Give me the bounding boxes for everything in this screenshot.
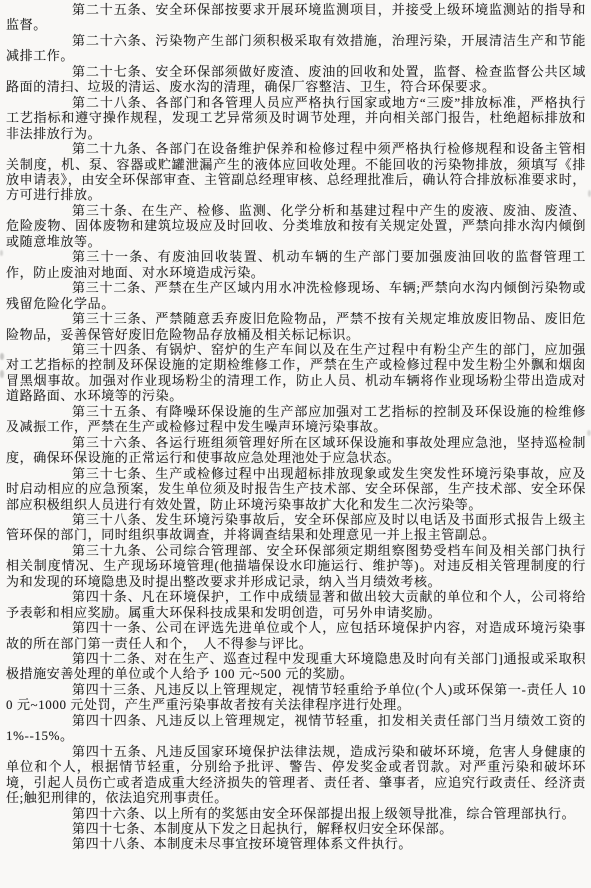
article-45: 第四十五条、凡违反国家环境保护法律法规，造成污染和破坏环境，危害人身健康的单位和…	[6, 744, 586, 806]
article-43: 第四十三条、凡违反以上管理规定，视情节轻重给予单位(个人)或环保第一-责任人 1…	[6, 682, 586, 713]
article-34: 第三十四条、有锅炉、窑炉的生产车间以及在生产过程中有粉尘产生的部门，应加强对工艺…	[6, 342, 586, 404]
article-33: 第三十三条、严禁随意丢弃废旧危险物品，严禁不按有关规定堆放废旧物品、废旧危险物品…	[6, 311, 586, 342]
scan-artifact	[0, 353, 4, 360]
article-26: 第二十六条、污染物产生部门须积极采取有效措施，治理污染，开展清洁生产和节能减排工…	[6, 33, 586, 64]
article-38: 第三十八条、发生环境污染事故后，安全环保部应及时以电话及书面形式报告上级主管环保…	[6, 512, 586, 543]
article-29: 第二十九条、各部门在设备维护保养和检修过程中须严格执行检修规程和设备主管相关制度…	[6, 141, 586, 203]
document-page: 第二十五条、安全环保部按要求开展环境监测项目，并接受上级环境监测站的指导和监督。…	[0, 0, 591, 888]
scan-artifact	[0, 370, 4, 378]
article-42: 第四十二条、对在生产、巡查过程中发现重大环境隐患及时向有关部门]通报或采取积极措…	[6, 651, 586, 682]
article-35: 第三十五条、有降噪环保设施的生产部应加强对工艺指标的控制及环保设施的检维修及减振…	[6, 404, 586, 435]
article-25: 第二十五条、安全环保部按要求开展环境监测项目，并接受上级环境监测站的指导和监督。	[6, 2, 586, 33]
article-46: 第四十六条、以上所有的奖惩由安全环保部提出报上级领导批准，综合管理部执行。	[6, 806, 586, 821]
article-48: 第四十八条、本制度未尽事宜按环境管理体系文件执行。	[6, 836, 586, 851]
article-30: 第三十条、在生产、检修、监测、化学分析和基建过程中产生的废液、废油、废渣、危险废…	[6, 203, 586, 249]
article-36: 第三十六条、各运行班组须管理好所在区域环保设施和事故处理应急池，坚持巡检制度，确…	[6, 435, 586, 466]
article-32: 第三十二条、严禁在生产区域内用水冲洗检修现场、车辆;严禁向水沟内倾倒污染物或残留…	[6, 280, 586, 311]
article-31: 第三十一条、有废油回收装置、机动车辆的生产部门要加强废油回收的监督管理工作，防止…	[6, 249, 586, 280]
scan-artifact	[587, 430, 591, 436]
article-28: 第二十八条、各部门和各管理人员应严格执行国家或地方“三废”排放标准，严格执行工艺…	[6, 95, 586, 141]
article-47: 第四十七条、本制度从下发之日起执行，解释权归安全环保部。	[6, 821, 586, 836]
article-44: 第四十四条、凡违反以上管理规定，视情节轻重，扣发相关责任部门当月绩效工资的 1%…	[6, 713, 586, 744]
article-41: 第四十一条、公司在评选先进单位或个人，应包括环境保护内容，对造成环境污染事故的所…	[6, 620, 586, 651]
scan-artifact	[0, 250, 3, 256]
article-39: 第三十九条、公司综合管理部、安全环保部须定期组察图势受档车间及相关部门执行相关制…	[6, 543, 586, 589]
article-27: 第二十七条、安全环保部须做好废渣、废油的回收和处置，监督、检查监督公共区域路面的…	[6, 64, 586, 95]
article-37: 第三十七条、生产或检修过程中出现超标排放现象或发生突发性环境污染事故，应及时启动…	[6, 466, 586, 512]
article-40: 第四十条、凡在环境保护，工作中成绩显著和做出较大贡献的单位和个人，公司将给予表彰…	[6, 589, 586, 620]
